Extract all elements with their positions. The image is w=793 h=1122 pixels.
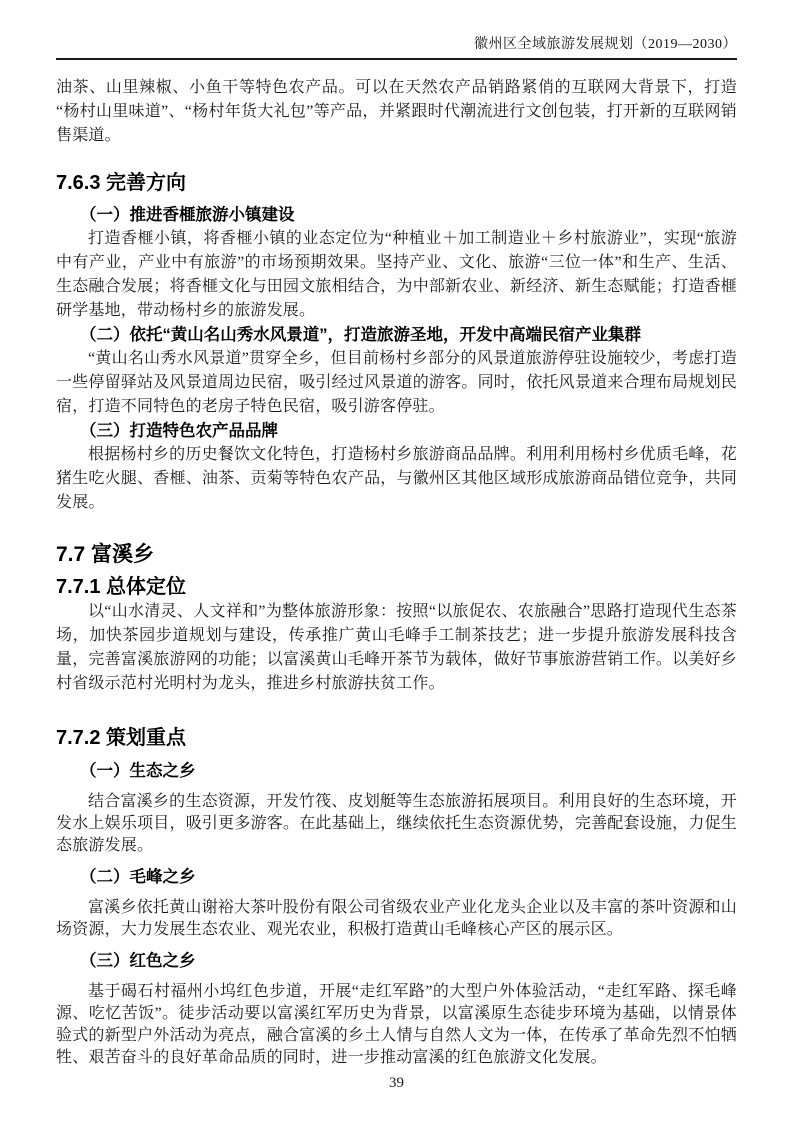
subsection-heading-763-2: （二）依托“黄山名山秀水风景道”，打造旅游圣地，开发中高端民宿产业集群 — [56, 323, 737, 347]
page-number: 39 — [56, 1074, 737, 1092]
paragraph-763-2: “黄山名山秀水风景道”贯穿全乡，但目前杨村乡部分的风景道旅游停驻设施较少，考虑打… — [56, 347, 737, 419]
section-heading-7-7: 7.7 富溪乡 — [56, 541, 737, 569]
paragraph-763-1: 打造香榧小镇，将香榧小镇的业态定位为“种植业＋加工制造业＋乡村旅游业”，实现“旅… — [56, 227, 737, 323]
paragraph-772-1: 结合富溪乡的生态资源，开发竹筏、皮划艇等生态旅游拓展项目。利用良好的生态环境，开… — [56, 791, 737, 857]
subsection-heading-772-1: （一）生态之乡 — [56, 759, 737, 783]
section-heading-7-6-3: 7.6.3 完善方向 — [56, 170, 737, 196]
section-heading-7-7-1: 7.7.1 总体定位 — [56, 574, 737, 600]
paragraph-771: 以“山水清灵、人文祥和”为整体旅游形象：按照“以旅促农、农旅融合”思路打造现代生… — [56, 600, 737, 696]
running-header: 徽州区全域旅游发展规划（2019—2030） — [56, 36, 737, 60]
paragraph-intro-continuation: 油茶、山里辣椒、小鱼干等特色农产品。可以在天然农产品销路紧俏的互联网大背景下，打… — [56, 76, 737, 148]
running-header-title: 徽州区全域旅游发展规划（2019—2030） — [474, 37, 737, 52]
paragraph-772-3: 基于碣石村福州小坞红色步道，开展“走红军路”的大型户外体验活动，“走红军路、探毛… — [56, 981, 737, 1069]
subsection-heading-763-1: （一）推进香榧旅游小镇建设 — [56, 203, 737, 227]
subsection-heading-763-3: （三）打造特色农产品品牌 — [56, 419, 737, 443]
document-page: 徽州区全域旅游发展规划（2019—2030） 油茶、山里辣椒、小鱼干等特色农产品… — [0, 0, 793, 1122]
paragraph-772-2: 富溪乡依托黄山谢裕大茶叶股份有限公司省级农业产业化龙头企业以及丰富的茶叶资源和山… — [56, 897, 737, 941]
section-heading-7-7-2: 7.7.2 策划重点 — [56, 725, 737, 751]
paragraph-763-3: 根据杨村乡的历史餐饮文化特色，打造杨村乡旅游商品品牌。利用利用杨村乡优质毛峰，花… — [56, 443, 737, 515]
subsection-heading-772-3: （三）红色之乡 — [56, 949, 737, 973]
subsection-heading-772-2: （二）毛峰之乡 — [56, 865, 737, 889]
document-body: 油茶、山里辣椒、小鱼干等特色农产品。可以在天然农产品销路紧俏的互联网大背景下，打… — [56, 76, 737, 1069]
